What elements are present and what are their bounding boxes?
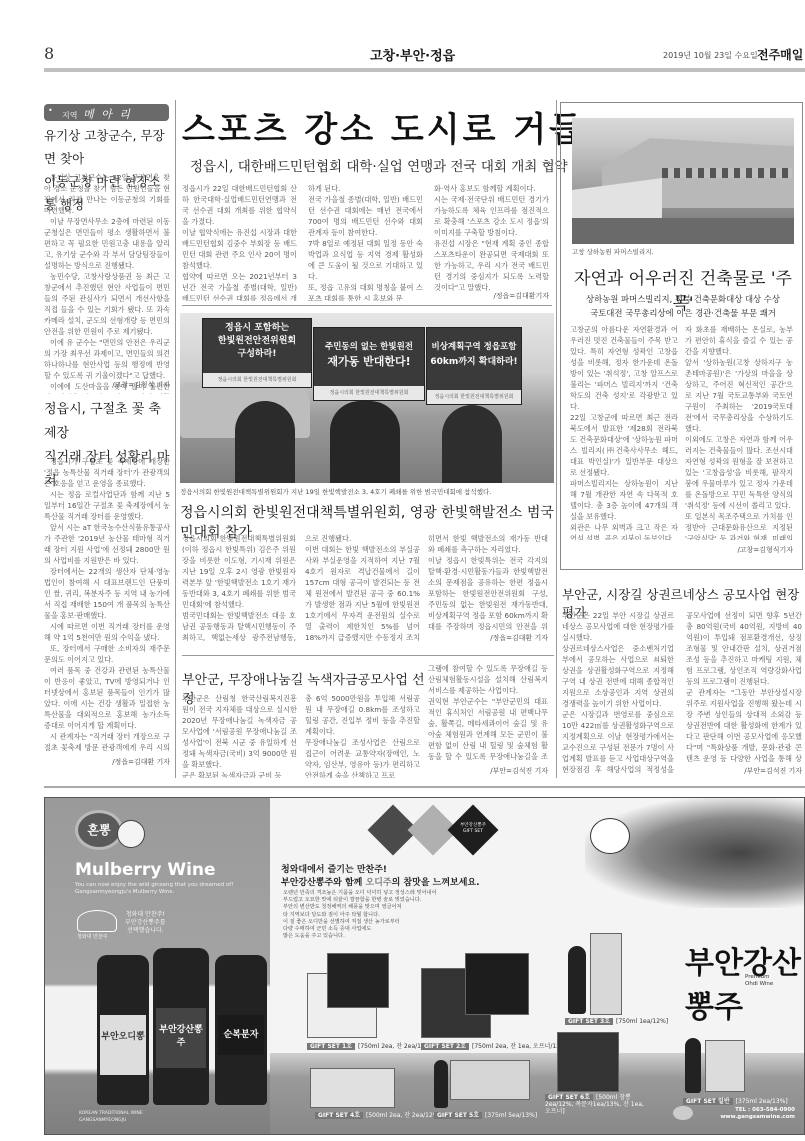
sign-text: 60km까지 확대하라! (427, 354, 521, 370)
mascot-icon (117, 820, 145, 848)
left-story1-body: 유기상 고창군수는 22일 무장면을 찾아 경소 군청을 찾기 힘든 민원인들을… (44, 172, 170, 394)
subtitle-line: Premium (745, 974, 773, 981)
publication-date: 2019년 10월 23일 수요일 (663, 50, 758, 61)
section-divider (182, 655, 554, 656)
paragraph: 이날 무장면사무소 2층에 마련된 이동군청실은 면민들이 평소 생활하면서 불… (44, 216, 170, 271)
sign-text: 재가동 반대한다! (314, 354, 424, 370)
protest-story-col-3: 히면서 한빛 핵발전소의 재가동 반대와 폐쇄를 촉구하는 자리였다. 이날 정… (428, 533, 548, 633)
mulberry-wine-advertisement: 혼뽕 Mulberry Wine You can now enjoy the w… (44, 797, 805, 1135)
sign-text: 한빛원전안전위원회 (203, 335, 311, 348)
section-title: 고창·부안·정읍 (370, 45, 455, 64)
bottle-label: 순복분자 (218, 1015, 264, 1055)
bottle-1: 부안오디뽕 (97, 955, 149, 1105)
gift-tag: GIFT SET 2호 (421, 1043, 469, 1050)
left-story1-byline: /고창=김형식 기자 (44, 380, 170, 390)
mascot-character (590, 818, 630, 854)
body-line: 부안의 변산반도 청정해역의 해풍을 맞으며 영글어져 (283, 904, 437, 911)
right-feature-col-2: 자 화초를 재배하는 온실로, 농부가 편안히 휴식을 즐길 수 있는 공간을 … (685, 324, 793, 540)
main-subheadline: 정읍시, 대한배드민턴협회 대학·실업 연맹과 전국 대회 개최 협약 체결 (190, 155, 598, 175)
ad-title: Mulberry Wine (75, 860, 216, 880)
region-tag-prefix: 지역 (62, 111, 77, 120)
main-story-col-2: 하게 된다. 전국 가을철 종별(대학, 일반) 배드민턴 선수권 대회에는 매… (308, 183, 423, 301)
sign-footer: 정읍시의회 한빛원전대책특별위원회 (314, 386, 424, 400)
tagline-line: You can now enjoy the wild ginseng that … (75, 882, 233, 889)
ad-tagline: You can now enjoy the wild ginseng that … (75, 882, 233, 896)
mulberry-photo (585, 798, 805, 908)
tagline-line: Gangsanmyeongju's Mulberry Wine. (75, 889, 233, 896)
section-divider (182, 305, 552, 306)
contact-logo (673, 1106, 693, 1120)
gift-tag: GIFT SET 1호 (307, 1043, 355, 1050)
gift-desc: [500ml 2ea, 잔 2ea/12%] (366, 1112, 441, 1119)
region-tag-label: 메 아 리 (83, 108, 132, 121)
badge-line: 부안강산뽕주를 (125, 919, 166, 927)
gift-set-general-bottle (685, 1038, 701, 1093)
paragraph: 이에 유 군수는 "면민의 안전은 우리군의 가장 최우선 과제이고, 면민들의… (44, 337, 170, 381)
gift-set-diamond-label: 부안강산뽕주 GIFT SET (452, 823, 494, 835)
badge-text: 청와대 만찬주! 부안강산뽕주를 선택했습니다. (125, 911, 166, 935)
product-subtitle: Premium Ohdi Wine (745, 974, 773, 988)
bottle-2: 부안강산뽕주 (153, 948, 209, 1105)
person-3 (442, 405, 502, 483)
subhead-line: 상하농원 파머스빌리지, 전북 건축문화대상 대상 수상 (566, 292, 800, 306)
body-line: 이 질 좋은 오디만을 선별하여 직접 생산 농가로부터 (283, 919, 437, 926)
sign-text: 구성하라! (203, 348, 311, 361)
gift-tag: GIFT SET 4호 (315, 1112, 363, 1119)
gift-set-5-box (450, 1060, 530, 1100)
ad-body-text: 오랜년 만족의 격조높은 기품을 오디 넉넉히 넣고 정성스레 빚어내어 부드럽… (283, 890, 437, 940)
main-story-byline: /정읍=김대환기자 (434, 291, 549, 301)
gift-set-general-box (705, 1040, 745, 1092)
person-1 (235, 401, 295, 483)
column-divider (175, 100, 176, 778)
buan-story1-byline: /부안=김석진 기자 (428, 766, 548, 776)
buan-story1-col-1: 부안군은 산림청 한국산림복지진흥원이 전국 지자체를 대상으로 실시한 202… (182, 693, 297, 778)
gift-set-4-caption: GIFT SET 4호[500ml 2ea, 잔 2ea/12%] (315, 1110, 441, 1119)
paragraph: 농민수당, 고창사랑상품권 등 최근 고창군에서 추진했던 현안 사업들이 면민… (44, 271, 170, 337)
building-windows (662, 168, 792, 178)
contact-phone: TEL : 063-584-0900 (700, 1107, 795, 1114)
publication-name: 전주매일 (757, 46, 803, 63)
protest-sign-2: 주민동의 없는 한빛원전 재가동 반대한다! 정읍시의회 한빛원전대책특별위원회 (313, 327, 425, 401)
gift-tag: GIFT SET 3호 (565, 1018, 613, 1025)
gift-set-1-box (327, 953, 389, 1008)
grass-field (572, 218, 794, 244)
contact-website[interactable]: www.gangsamwine.com (700, 1114, 795, 1121)
ad-brand-mark: KOREAN TRADITIONAL WINE GANGSANMYEONGJU (79, 1110, 143, 1124)
body-line: 많은 도움을 주고 있습니다. (283, 933, 437, 940)
diamond-label-line: GIFT SET (452, 829, 494, 835)
protest-photo-caption: 정읍시의회 한빛원전대책특별위원회가 지난 19일 한빛핵발전소 3, 4호기 … (180, 487, 554, 496)
gift-tag: GIFT SET 6호 (545, 1094, 593, 1101)
subhead-line: 국토대전 국무총리상에 이은 경관·건축물 부문 쾌거 (566, 306, 800, 320)
sign-footer: 정읍시의회 한빛원전대책특별위원회 (203, 373, 311, 387)
protest-sign-1: 정읍시 포함하는 한빛원전안전위원회 구성하라! 정읍시의회 한빛원전대책특별위… (202, 318, 312, 388)
right-feature-byline: /고창=김형식기자 (685, 545, 793, 555)
headline-part: 오디주 (366, 878, 392, 888)
gift-set-6-caption: GIFT SET 6호[500ml 참뽕2ea/12%, 복분자1ea/13%,… (545, 1094, 645, 1115)
region-column-tag: • 지역 메 아 리 (44, 104, 169, 121)
headline-part: 부안강산뽕주와 함께 (281, 878, 366, 888)
gift-set-5-bottle (434, 1060, 448, 1108)
paragraph: 시에 따르면 이번 직거래 장터를 운영해 약 1억 5천여만 원의 수익을 냈… (44, 621, 170, 643)
main-story-col-3: 화·역사 홍보도 함께할 계획이다. 시는 국제·전국단위 배드민턴 경기가 가… (434, 183, 549, 291)
farmers-village-photo (572, 118, 794, 244)
body-line: 타 지역보다 당도와 질이 아주 탁월 합니다. (283, 912, 437, 919)
left-story2-byline: /정읍=김대환 기자 (44, 757, 170, 767)
sign-text: 정읍시 포함하는 (203, 319, 311, 335)
blue-house-icon (77, 910, 117, 932)
bottle-3: 순복분자 (215, 955, 267, 1105)
farmers-village-caption: 고창 상하농원 파머스빌리지. (572, 247, 792, 256)
ad-headline-1: 청와대에서 즐기는 만찬주! (281, 862, 387, 875)
gift-desc: [375ml 5ea/13%] (485, 1112, 537, 1119)
paragraph: 정읍시가 구절초 꽃 축제장에 개장한 '정읍 농특산물 직거래 장터'가 관광… (44, 456, 170, 489)
ad-divider (44, 786, 805, 788)
gift-desc: [750ml 1ea/12%] (616, 1018, 668, 1025)
badge-line: 선택했습니다. (125, 927, 166, 935)
right-feature-subhead: 상하농원 파머스빌리지, 전북 건축문화대상 대상 수상 국토대전 국무총리상에… (566, 292, 800, 320)
gift-set-1-caption: GIFT SET 1호[750ml 2ea, 잔 2ea/14%] (307, 1041, 433, 1050)
gift-set-4-image (310, 1068, 395, 1108)
gift-set-2-caption: GIFT SET 2호[750ml 2ea, 잔 1ea, 오프너/13%] (421, 1041, 568, 1050)
brand-line: GANGSANMYEONGJU (79, 1117, 143, 1124)
gift-tag: GIFT SET 5호 (434, 1112, 482, 1119)
buan-story2-col-1: 부안군은 22일 부안 시장길 상권르네상스 공모사업에 대한 현장평가를 실시… (562, 610, 674, 775)
left-story2-body: 정읍시가 구절초 꽃 축제장에 개장한 '정읍 농특산물 직거래 장터'가 관광… (44, 456, 170, 752)
right-feature-col-1: 고창군의 아름다운 자연환경과 어우러진 멋진 건축물들이 주목 받고 있다. … (570, 324, 678, 540)
paragraph: 유기상 고창군수는 22일 무장면을 찾아 경소 군청을 찾기 힘든 민원인들을… (44, 172, 170, 216)
protest-sign-3: 비상계획구역 정읍포함 60km까지 확대하라! 정읍시의회 한빛원전대책특별위… (426, 327, 522, 405)
sign-footer: 정읍시의회 한빛원전대책특별위원회 (427, 390, 521, 404)
subtitle-line: Ohdi Wine (745, 981, 773, 988)
protest-photo: 정읍시 포함하는 한빛원전안전위원회 구성하라! 정읍시의회 한빛원전대책특별위… (180, 313, 554, 483)
bottle-label: 부안오디뽕 (100, 1015, 146, 1075)
gift-set-5-caption: GIFT SET 5호[375ml 5ea/13%] (434, 1110, 537, 1119)
badge-line: 청와대 만찬주! (125, 911, 166, 919)
headline-line: 유기상 고창군수, 무장면 찾아 (44, 124, 170, 170)
gift-set-3-bottle (568, 946, 586, 1014)
headline-part: 의 참맛을 느껴보세요. (392, 878, 480, 888)
paragraph: 시는 정읍 로컬사업단과 함께 지난 5일부터 16일간 구절초 꽃 축제장에서… (44, 489, 170, 522)
gift-set-2-box (465, 953, 529, 1015)
greenhouse-shape (572, 178, 662, 218)
ad-headline-2: 부안강산뽕주와 함께 오디주의 참맛을 느껴보세요. (281, 875, 480, 888)
protest-story-col-2: 으로 진행됐다. 이번 대회는 한빛 핵발전소의 부실공사와 부실운영을 지적하… (305, 533, 420, 643)
sign-text: 주민동의 없는 한빛원전 (314, 328, 424, 354)
masthead-rule (44, 68, 805, 72)
buan-story2-col-2: 공모사업에 선정이 되면 향후 5년간 총 80억원(국비 40억원, 지방비 … (686, 610, 802, 765)
gift-set-general-caption: GIFT SET 일반[375ml 2ea/13%] (683, 1096, 788, 1105)
brand-logo: 혼뽕 (75, 810, 123, 850)
person-2 (330, 401, 400, 483)
page-number: 8 (44, 44, 54, 63)
buan-story1-col-3: 그램에 참여할 수 있도록 무장애길 등 산림체험활동시설을 설치해 산림복지서… (428, 663, 548, 763)
paragraph: 또, 장터에서 구매한 소비자의 재주문 문의도 이어지고 있다. (44, 643, 170, 665)
bullet-icon: • (48, 106, 53, 115)
protest-story-byline: /정읍=김대환 기자 (428, 633, 548, 643)
paragraph: 앞서 시는 aT 한국농수산식품유통공사가 주관한 '2019년 농산물 테마형… (44, 522, 170, 566)
column-divider (556, 100, 557, 778)
buan-story2-byline: /부안=김석진 기자 (686, 766, 802, 776)
paragraph: 장터에서는 22개의 생산자 단체·영농법인이 참여해 시 대표브랜드인 단풍미… (44, 566, 170, 621)
buan-story1-col-2: 총 6억 5000만원을 투입해 서림공원 내 무장애길 0.8km를 조성하고… (305, 693, 420, 778)
badge-label: 청와대 만찬주 (77, 933, 108, 940)
gift-desc: [750ml 2ea, 잔 1ea, 오프너/13%] (472, 1043, 568, 1050)
sign-text: 비상계획구역 정읍포함 (427, 328, 521, 354)
paragraph: 여러 품목 중 건강과 관련된 농특산물이 반응이 좋았고, TV에 방영되거나… (44, 665, 170, 731)
gift-set-6-image (557, 1032, 619, 1092)
gift-tag: GIFT SET 일반 (683, 1098, 733, 1105)
bottle-label: 부안강산뽕주 (156, 1008, 206, 1068)
main-story-col-1: 정읍시가 22일 대한배드민턴협회 산하 한국대학·실업배드민턴연맹과 전국 선… (182, 183, 297, 301)
gift-set-3-box (590, 933, 622, 1015)
main-headline: 스포츠 강소 도시로 거듭 (182, 102, 585, 151)
gift-desc: [375ml 2ea/13%] (736, 1098, 788, 1105)
brand-line: KOREAN TRADITIONAL WINE (79, 1110, 143, 1117)
paragraph: 시 관계자는 "직거래 장터 개장으로 구절초 꽃축제 방문 관광객에게 우리 … (44, 731, 170, 752)
protest-story-col-1: 정읍시의회 한빛원전대책특별위원회(이하 정읍시 한빛특위) 김은주 위원장을 … (182, 533, 296, 643)
headline-line: 정읍시, 구절초 꽃 축제장 (44, 398, 170, 446)
gift-set-3-caption: GIFT SET 3호[750ml 1ea/12%] (565, 1016, 668, 1025)
contact-info: TEL : 063-584-0900 www.gangsamwine.com (700, 1107, 795, 1121)
